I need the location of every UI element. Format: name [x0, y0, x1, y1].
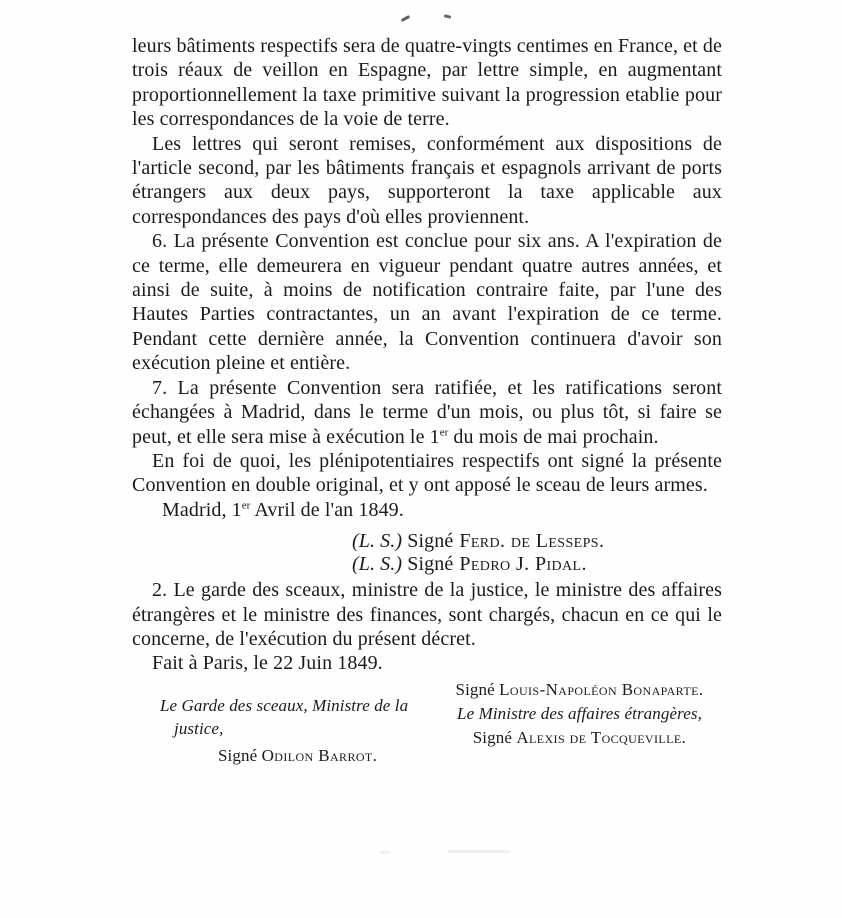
signatory-name: Ferd. de Lesseps. [459, 530, 604, 552]
signe-label: Signé [218, 746, 257, 765]
signe-label: Signé [473, 728, 512, 747]
signature-line: Signé Alexis de Tocqueville. [437, 726, 722, 750]
signature-columns: Le Garde des sceaux, Ministre de la just… [132, 678, 722, 767]
signature-left-column: Le Garde des sceaux, Ministre de la just… [160, 694, 430, 767]
signatory-role: justice, [174, 717, 430, 740]
paragraph-article-7: 7. La présente Convention sera ratifiée,… [132, 376, 722, 449]
scanned-document-page: leurs bâtiments respectifs sera de quatr… [0, 0, 842, 918]
signatory-name: Odilon Barrot. [262, 746, 378, 765]
signatory-name: Louis-Napoléon Bonaparte. [499, 680, 703, 699]
signe-label: Signé [407, 553, 453, 575]
signature-line: Signé Odilon Barrot. [218, 744, 430, 767]
paris-date-line: Fait à Paris, le 22 Juin 1849. [132, 651, 722, 675]
signature-line: Signé Louis-Napoléon Bonaparte. [437, 678, 722, 702]
signatory-name: Pedro J. Pidal. [459, 553, 587, 575]
signature-right-column: Signé Louis-Napoléon Bonaparte. Le Minis… [437, 678, 722, 750]
seal-signature-line: (L. S.) SignéFerd. de Lesseps. [352, 530, 722, 553]
article-7-text-end: du mois de mai prochain. [448, 426, 658, 448]
print-artifact [444, 14, 452, 19]
print-artifact [401, 15, 410, 22]
print-artifact [448, 850, 510, 853]
paragraph-article-6: 6. La présente Convention est conclue po… [132, 229, 722, 375]
seal-mark: (L. S.) [352, 553, 402, 575]
madrid-date-line: Madrid, 1er Avril de l'an 1849. [132, 498, 722, 522]
madrid-date-text: Madrid, 1 [162, 499, 242, 521]
signatory-name: Alexis de Tocqueville. [516, 728, 686, 747]
print-artifact [380, 851, 390, 854]
seal-mark: (L. S.) [352, 530, 402, 552]
signe-label: Signé [407, 530, 453, 552]
paragraph-continuation: leurs bâtiments respectifs sera de quatr… [132, 34, 722, 132]
seal-signature-line: (L. S.) SignéPedro J. Pidal. [352, 553, 722, 576]
paragraph-en-foi: En foi de quoi, les plénipotentiaires re… [132, 449, 722, 498]
seal-signature-block: (L. S.) SignéFerd. de Lesseps. (L. S.) S… [352, 530, 722, 576]
signe-label: Signé [456, 680, 495, 699]
text-block: leurs bâtiments respectifs sera de quatr… [132, 34, 722, 767]
paragraph-article-2: 2. Le garde des sceaux, ministre de la j… [132, 578, 722, 651]
paragraph-letters: Les lettres qui seront remises, conformé… [132, 132, 722, 230]
signatory-role: Le Ministre des affaires étrangères, [437, 702, 722, 726]
madrid-date-text-end: Avril de l'an 1849. [250, 499, 404, 521]
signatory-role: Le Garde des sceaux, Ministre de la [160, 694, 430, 717]
